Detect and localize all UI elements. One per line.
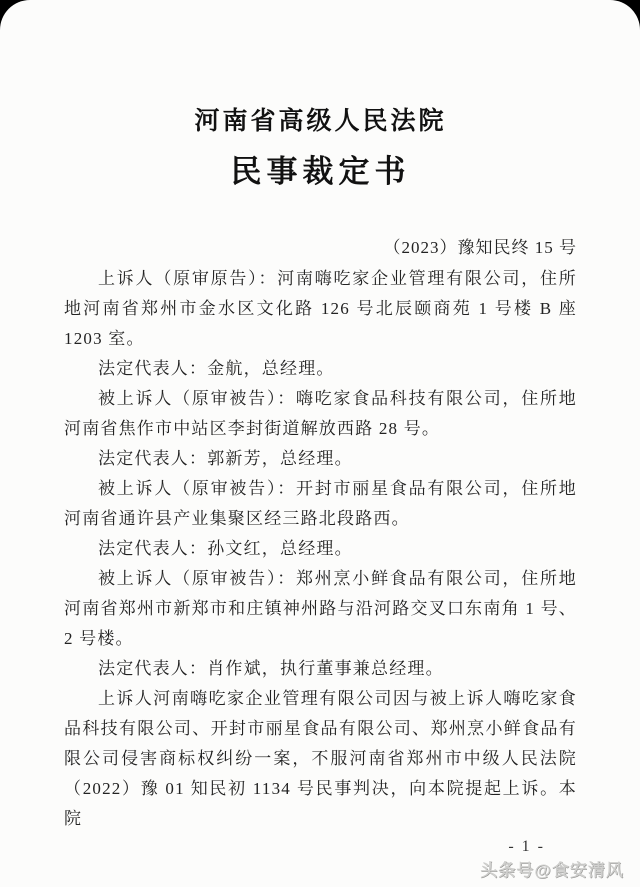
page-number: - 1 - bbox=[64, 838, 577, 856]
paragraph-legal-rep-2: 法定代表人：郭新芳，总经理。 bbox=[64, 444, 577, 474]
watermark: 头条号@食安清风 bbox=[480, 856, 624, 881]
paragraph-legal-rep-3: 法定代表人：孙文红，总经理。 bbox=[64, 534, 577, 564]
paragraph-appellee-1: 被上诉人（原审被告）：嗨吃家食品科技有限公司，住所地河南省焦作市中站区李封街道解… bbox=[64, 384, 577, 444]
document-page: 河南省高级人民法院 民事裁定书 （2023）豫知民终 15 号 上诉人（原审原告… bbox=[0, 0, 640, 887]
paragraph-legal-rep-1: 法定代表人：金航，总经理。 bbox=[64, 354, 577, 384]
paragraph-appellant: 上诉人（原审原告）：河南嗨吃家企业管理有限公司，住所地河南省郑州市金水区文化路 … bbox=[64, 264, 577, 354]
paragraph-appellee-2: 被上诉人（原审被告）：开封市丽星食品有限公司，住所地河南省通许县产业集聚区经三路… bbox=[64, 474, 577, 534]
document-body: 上诉人（原审原告）：河南嗨吃家企业管理有限公司，住所地河南省郑州市金水区文化路 … bbox=[64, 264, 577, 834]
paragraph-appellee-3: 被上诉人（原审被告）：郑州烹小鲜食品有限公司，住所地河南省郑州市新郑市和庄镇神州… bbox=[64, 564, 577, 654]
court-name: 河南省高级人民法院 bbox=[64, 101, 577, 137]
paragraph-legal-rep-4: 法定代表人：肖作斌，执行董事兼总经理。 bbox=[64, 654, 577, 684]
paragraph-case-summary: 上诉人河南嗨吃家企业管理有限公司因与被上诉人嗨吃家食品科技有限公司、开封市丽星食… bbox=[64, 684, 577, 834]
case-number: （2023）豫知民终 15 号 bbox=[64, 233, 577, 258]
document-title: 民事裁定书 bbox=[64, 146, 577, 191]
